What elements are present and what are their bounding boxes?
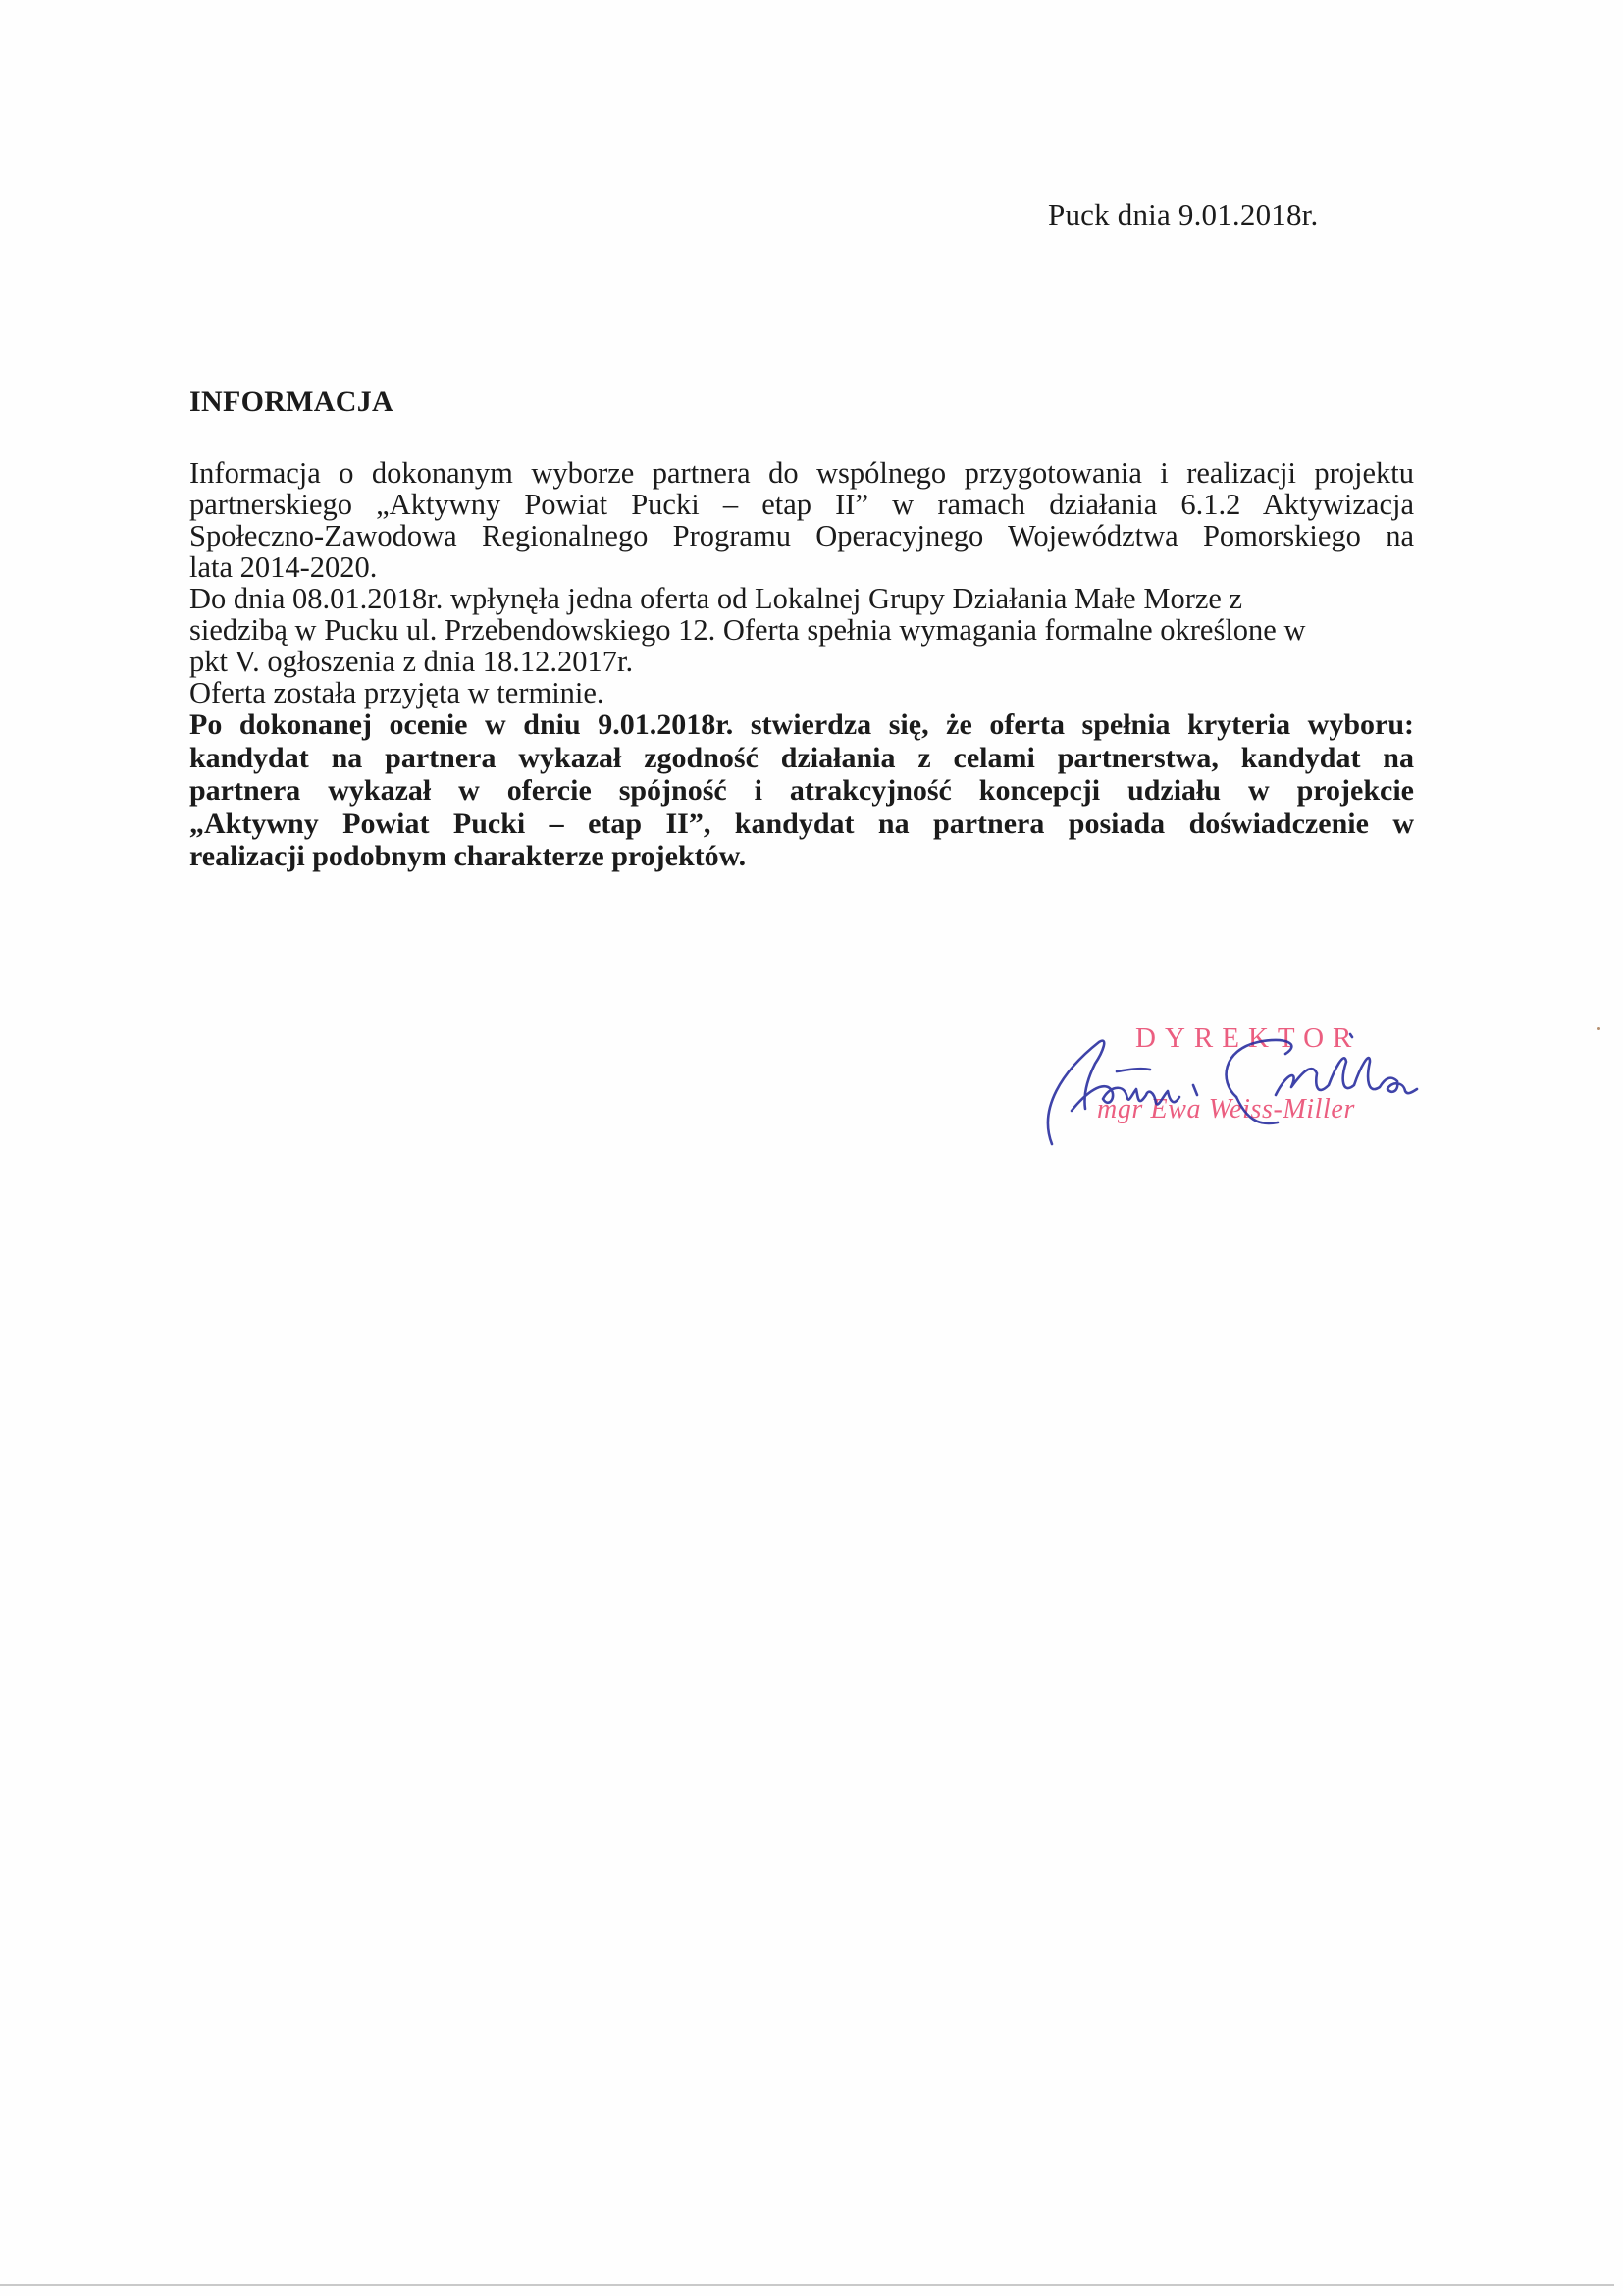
paragraph-line: lata 2014-2020. — [189, 551, 1414, 583]
paragraph-line: Oferta została przyjęta w terminie. — [189, 677, 1414, 708]
conclusion-line: kandydat na partnera wykazał zgodność dz… — [189, 742, 1414, 775]
place-date: Puck dnia 9.01.2018r. — [1048, 197, 1318, 233]
paragraph-line: pkt V. ogłoszenia z dnia 18.12.2017r. — [189, 646, 1414, 677]
paragraph-line: partnerskiego „Aktywny Powiat Pucki – et… — [189, 489, 1414, 520]
paragraph-line: Informacja o dokonanym wyborze partnera … — [189, 457, 1414, 489]
conclusion-line: Po dokonanej ocenie w dniu 9.01.2018r. s… — [189, 708, 1414, 742]
paragraph-line: siedzibą w Pucku ul. Przebendowskiego 12… — [189, 614, 1414, 646]
scan-speck — [1597, 1027, 1600, 1030]
conclusion-line: „Aktywny Powiat Pucki – etap II”, kandyd… — [189, 808, 1414, 841]
conclusion-line: realizacji podobnym charakterze projektó… — [189, 840, 1414, 873]
signature-block: DYREKTOR mgr Ewa Weiss-Miller — [1001, 1001, 1433, 1158]
paragraph-line: Do dnia 08.01.2018r. wpłynęła jedna ofer… — [189, 583, 1414, 614]
conclusion-line: partnera wykazał w ofercie spójność i at… — [189, 774, 1414, 808]
paragraph-line: Społeczno-Zawodowa Regionalnego Programu… — [189, 520, 1414, 551]
scan-edge-line — [0, 2284, 1614, 2286]
document-heading: INFORMACJA — [189, 386, 393, 419]
document-body: Informacja o dokonanym wyborze partnera … — [189, 457, 1414, 873]
document-page: Puck dnia 9.01.2018r. INFORMACJA Informa… — [0, 0, 1623, 2296]
handwritten-signature-icon — [1001, 1001, 1433, 1158]
